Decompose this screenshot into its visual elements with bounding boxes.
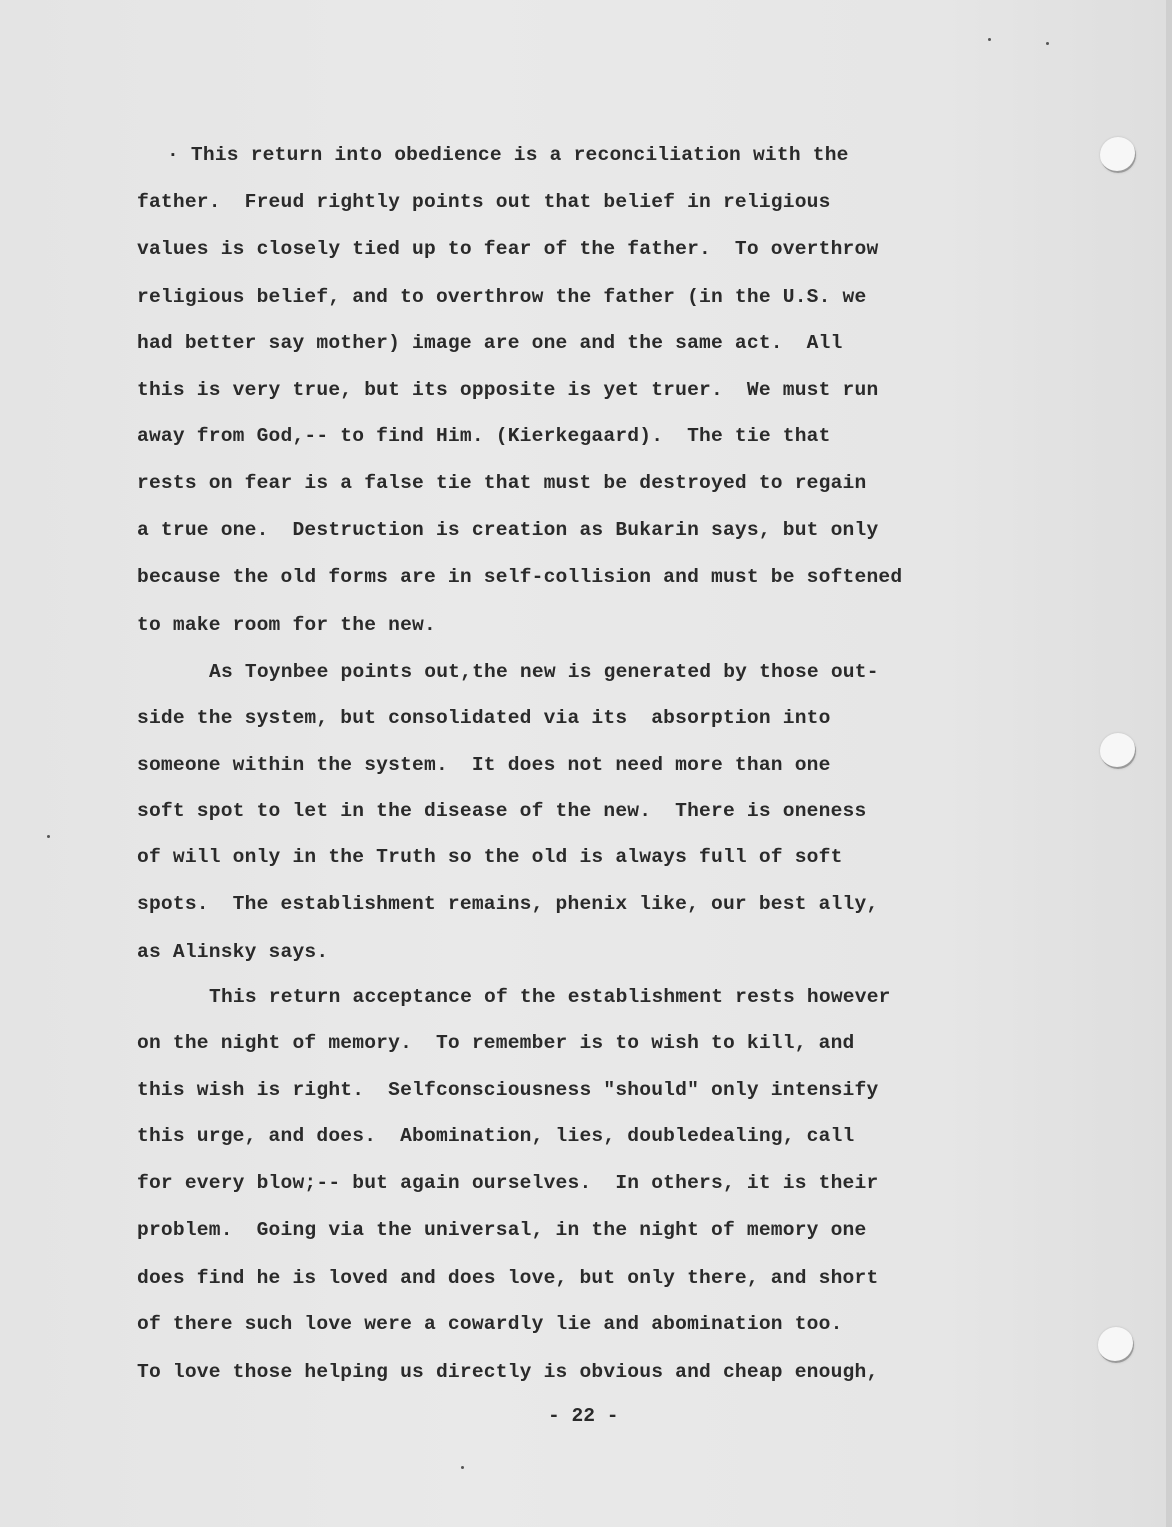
- scanned-page: · This return into obedience is a reconc…: [0, 0, 1172, 1527]
- paper-speck: [1046, 42, 1049, 45]
- text-line: because the old forms are in self-collis…: [137, 563, 902, 591]
- text-line: This return acceptance of the establishm…: [209, 983, 891, 1011]
- punch-hole-bottom: [1098, 1327, 1134, 1363]
- text-line: To love those helping us directly is obv…: [137, 1358, 878, 1386]
- text-line: this wish is right. Selfconsciousness "s…: [137, 1076, 878, 1104]
- text-line: does find he is loved and does love, but…: [137, 1264, 878, 1292]
- text-line: away from God,-- to find Him. (Kierkegaa…: [137, 422, 831, 450]
- text-line: rests on fear is a false tie that must b…: [137, 469, 866, 497]
- text-line: this is very true, but its opposite is y…: [137, 376, 878, 404]
- punch-hole-top: [1100, 137, 1136, 173]
- text-line: As Toynbee points out,the new is generat…: [209, 658, 879, 686]
- paper-speck: [461, 1466, 464, 1469]
- text-line: religious belief, and to overthrow the f…: [137, 283, 866, 311]
- text-line: as Alinsky says.: [137, 938, 328, 966]
- text-line: spots. The establishment remains, phenix…: [137, 890, 878, 918]
- text-line: a true one. Destruction is creation as B…: [137, 516, 878, 544]
- text-line: to make room for the new.: [137, 611, 436, 639]
- text-line: problem. Going via the universal, in the…: [137, 1216, 866, 1244]
- page-number: - 22 -: [548, 1405, 619, 1427]
- text-line: · This return into obedience is a reconc…: [167, 141, 849, 169]
- text-line: on the night of memory. To remember is t…: [137, 1029, 855, 1057]
- text-line: of there such love were a cowardly lie a…: [137, 1310, 843, 1338]
- text-line: this urge, and does. Abomination, lies, …: [137, 1122, 855, 1150]
- text-line: father. Freud rightly points out that be…: [137, 188, 831, 216]
- punch-hole-middle: [1100, 733, 1136, 769]
- text-line: someone within the system. It does not n…: [137, 751, 831, 779]
- paper-speck: [47, 835, 50, 838]
- text-line: of will only in the Truth so the old is …: [137, 843, 843, 871]
- text-line: soft spot to let in the disease of the n…: [137, 797, 866, 825]
- text-line: had better say mother) image are one and…: [137, 329, 843, 357]
- paper-speck: [988, 38, 991, 41]
- text-line: values is closely tied up to fear of the…: [137, 235, 878, 263]
- text-line: for every blow;-- but again ourselves. I…: [137, 1169, 878, 1197]
- text-line: side the system, but consolidated via it…: [137, 704, 831, 732]
